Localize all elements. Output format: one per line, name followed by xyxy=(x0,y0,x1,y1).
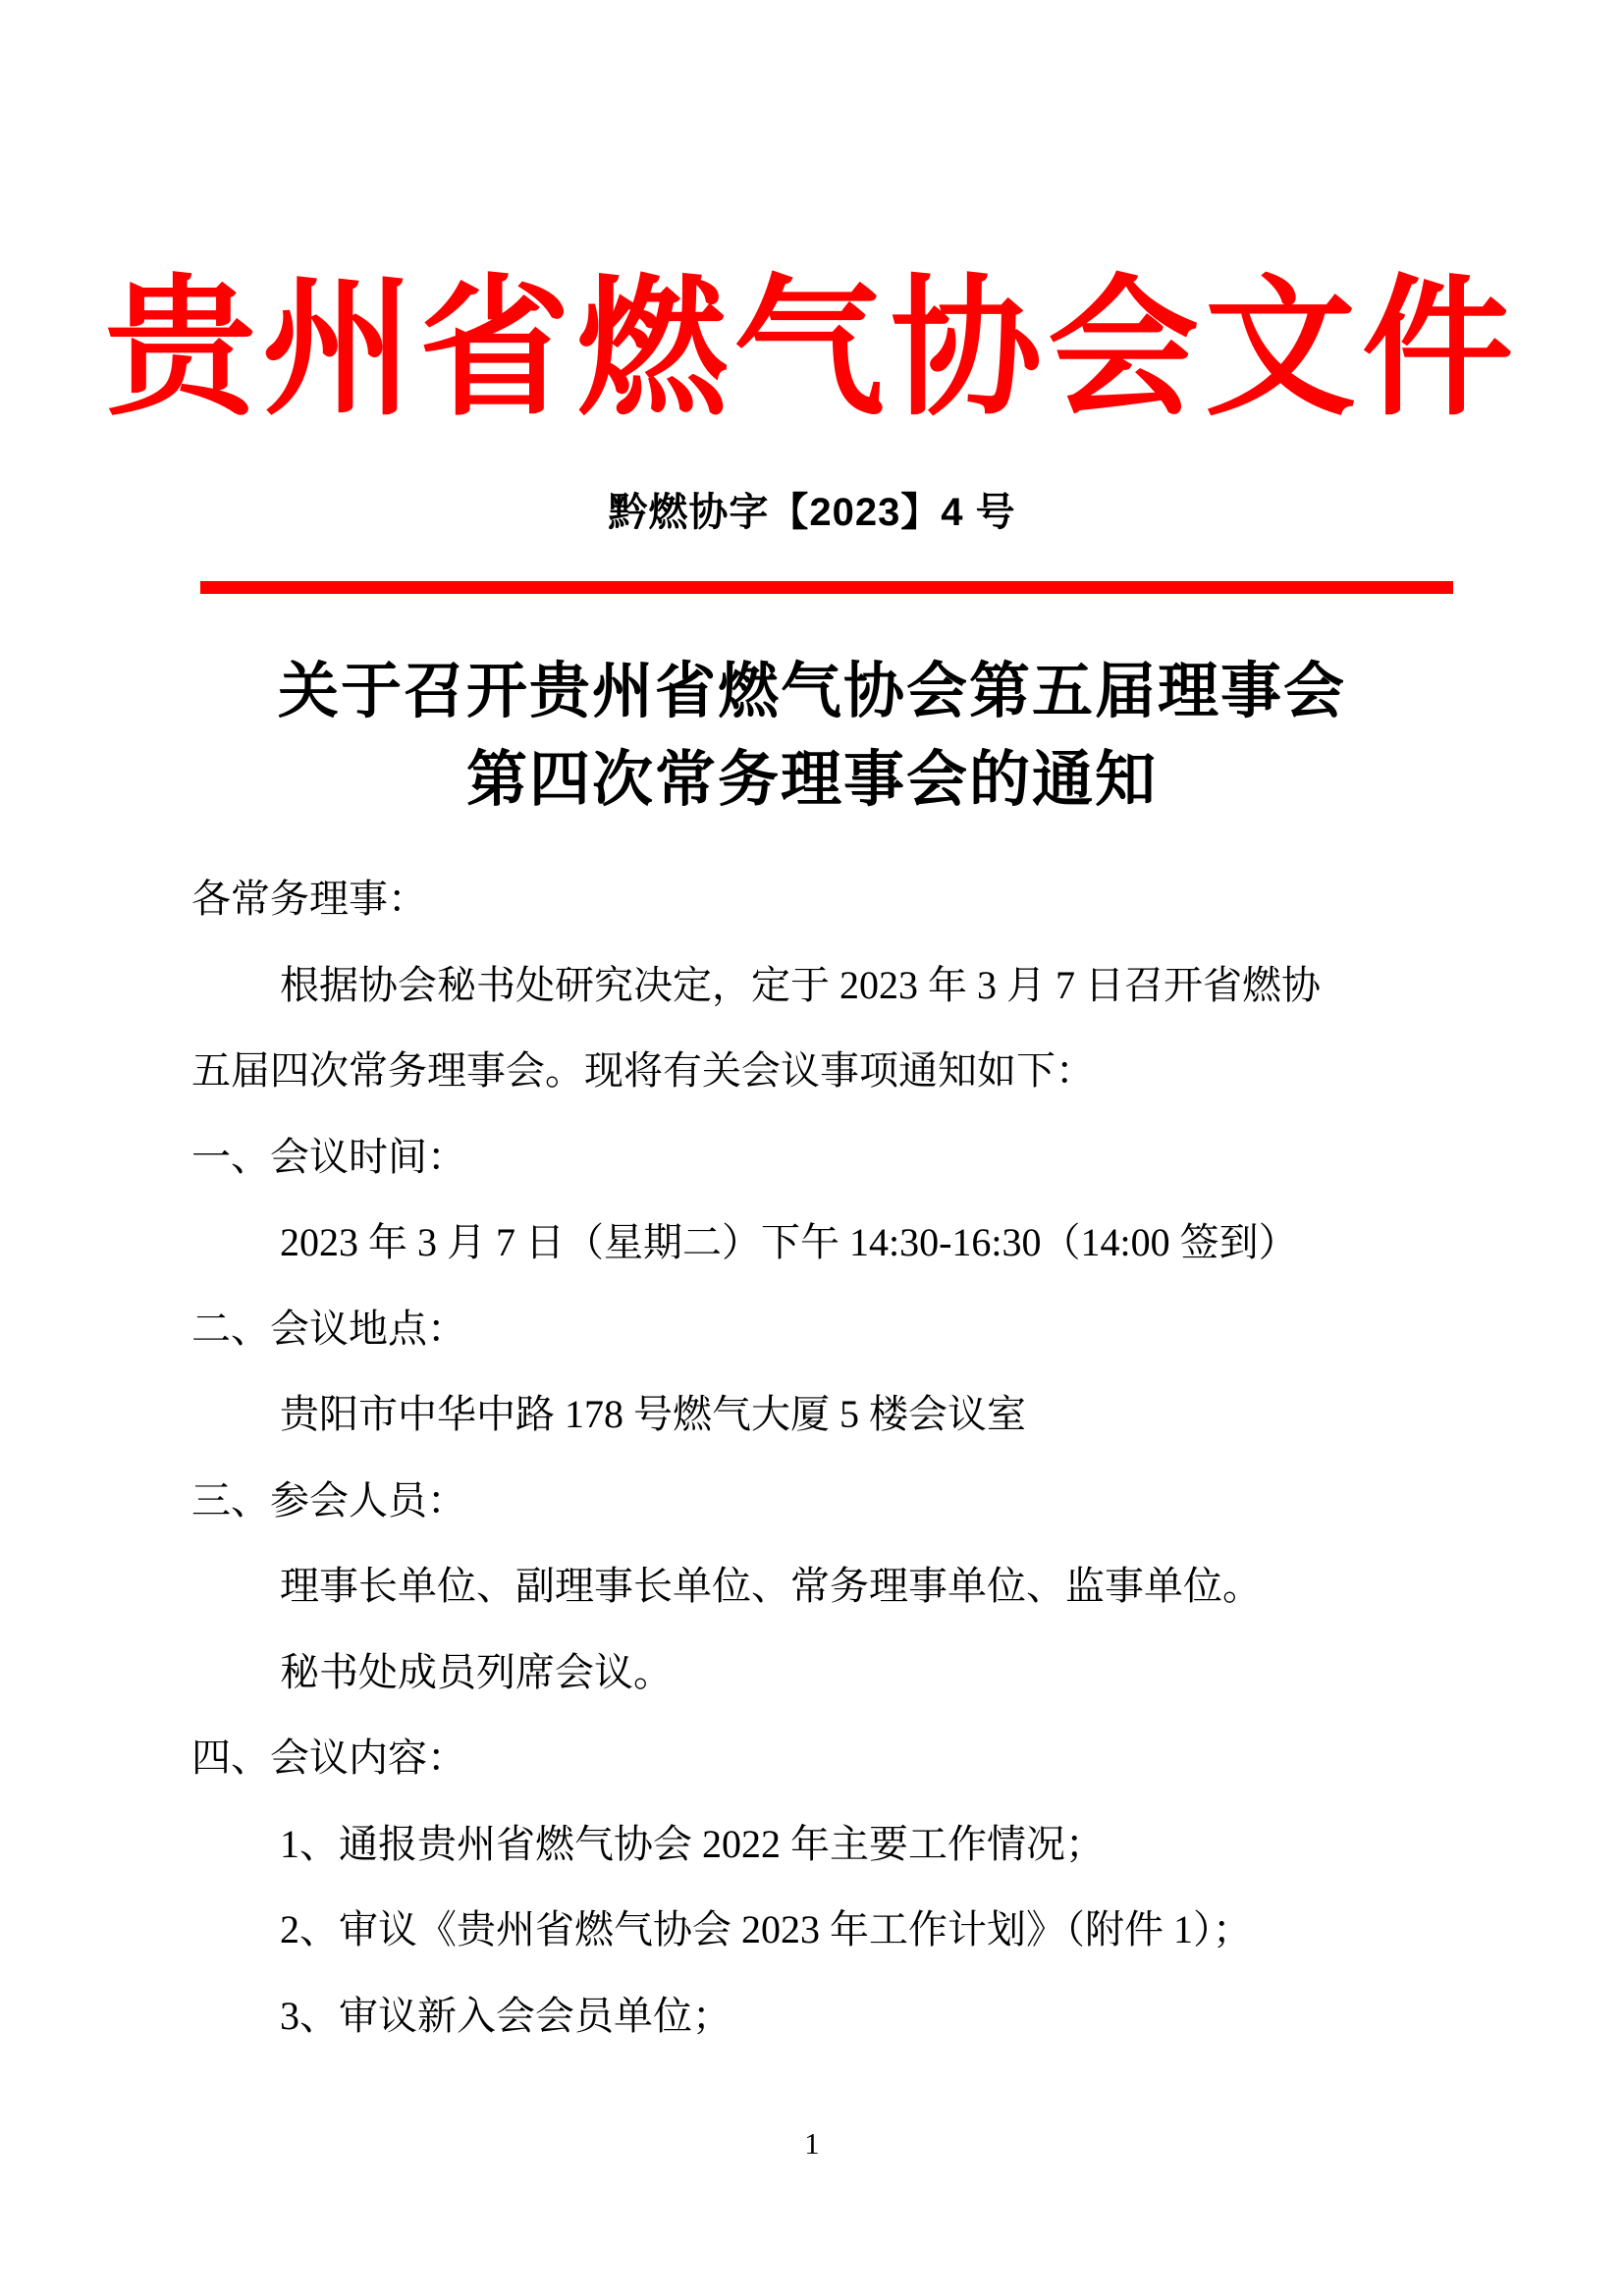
body-line-agenda-item-3: 3、审议新入会会员单位； xyxy=(191,1973,1443,2059)
body-line-attendees-note: 秘书处成员列席会议。 xyxy=(191,1629,1443,1716)
body-line-heading-time: 一、会议时间： xyxy=(191,1114,1443,1201)
body-line-salutation: 各常务理事： xyxy=(191,856,1443,942)
document-page: { "header": { "title": "贵州省燃气协会文件", "doc… xyxy=(0,0,1624,2296)
body-line-heading-agenda: 四、会议内容： xyxy=(191,1715,1443,1801)
body-line-intro-1: 根据协会秘书处研究决定，定于 2023 年 3 月 7 日召开省燃协 xyxy=(191,942,1443,1029)
body-line-heading-attendees: 三、参会人员： xyxy=(191,1458,1443,1544)
document-number: 黔燃协字【2023】4 号 xyxy=(0,489,1624,536)
red-separator-line xyxy=(200,581,1453,594)
notice-title-line1: 关于召开贵州省燃气协会第五届理事会 xyxy=(0,648,1624,736)
body-line-attendees-value: 理事长单位、副理事长单位、常务理事单位、监事单位。 xyxy=(191,1543,1443,1629)
body-line-time-value: 2023 年 3 月 7 日（星期二）下午 14:30-16:30（14:00 … xyxy=(191,1200,1443,1286)
letterhead-title: 贵州省燃气协会文件 xyxy=(0,263,1624,436)
body-line-agenda-item-2: 2、审议《贵州省燃气协会 2023 年工作计划》（附件 1）； xyxy=(191,1887,1443,1973)
document-canvas: 贵州省燃气协会文件 黔燃协字【2023】4 号 关于召开贵州省燃气协会第五届理事… xyxy=(0,0,1624,2296)
body-line-place-value: 贵阳市中华中路 178 号燃气大厦 5 楼会议室 xyxy=(191,1371,1443,1458)
notice-title-line2: 第四次常务理事会的通知 xyxy=(0,736,1624,825)
body-line-agenda-item-1: 1、通报贵州省燃气协会 2022 年主要工作情况； xyxy=(191,1801,1443,1888)
body-line-heading-place: 二、会议地点： xyxy=(191,1286,1443,1372)
document-body: 各常务理事： 根据协会秘书处研究决定，定于 2023 年 3 月 7 日召开省燃… xyxy=(191,856,1443,2058)
notice-title: 关于召开贵州省燃气协会第五届理事会 第四次常务理事会的通知 xyxy=(0,648,1624,825)
body-line-intro-2: 五届四次常务理事会。现将有关会议事项通知如下： xyxy=(191,1028,1443,1114)
page-number: 1 xyxy=(0,2126,1624,2162)
